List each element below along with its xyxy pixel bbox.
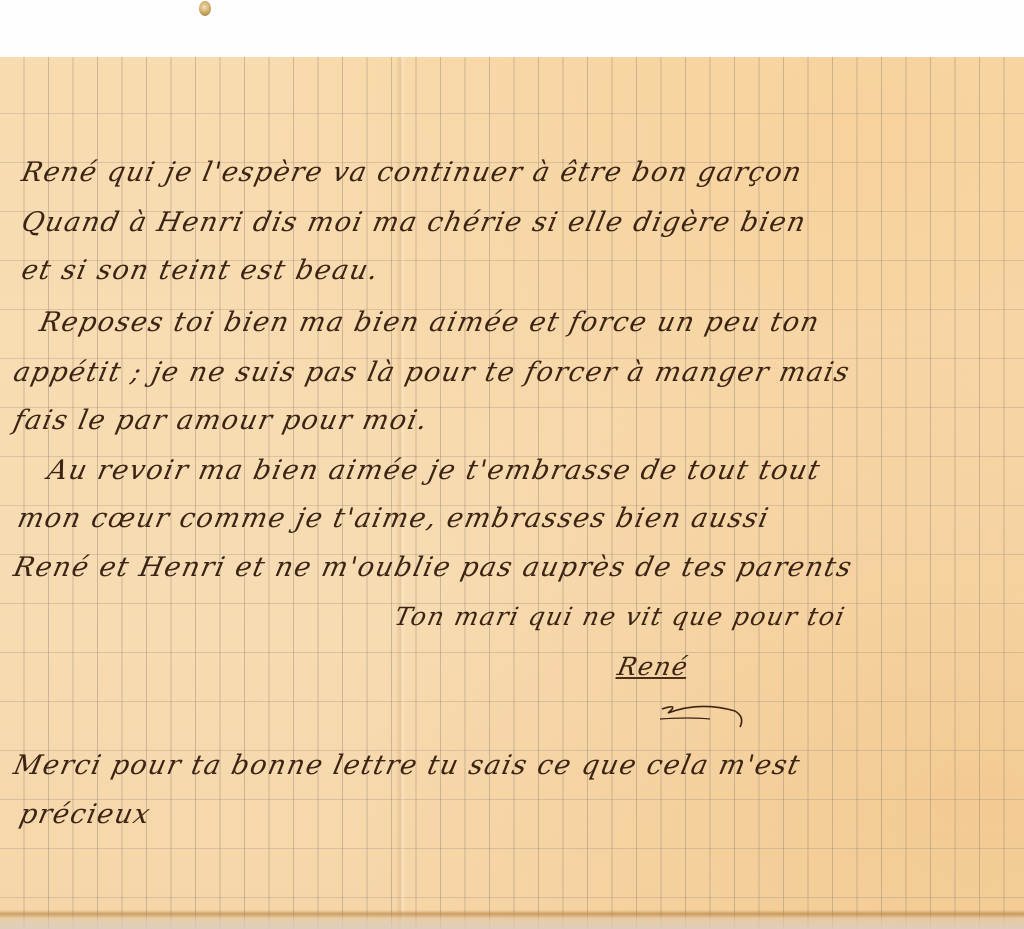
paper-bottom-edge xyxy=(0,910,1024,929)
letter-line-9: René et Henri et ne m'oublie pas auprès … xyxy=(11,552,856,583)
letter-line-7: Au revoir ma bien aimée je t'embrasse de… xyxy=(45,455,824,486)
scan-background xyxy=(0,0,1024,57)
brass-fastener-icon xyxy=(199,1,211,16)
letter-page: René qui je l'espère va continuer à être… xyxy=(0,57,1024,929)
letter-line-4: Reposes toi bien ma bien aimée et force … xyxy=(37,307,823,338)
letter-line-8: mon cœur comme je t'aime, embrasses bien… xyxy=(15,503,773,534)
letter-line-6: fais le par amour pour moi. xyxy=(11,405,432,436)
letter-line-2: Quand à Henri dis moi ma chérie si elle … xyxy=(19,207,810,238)
letter-line-3: et si son teint est beau. xyxy=(19,255,383,286)
letter-line-5: appétit ; je ne suis pas là pour te forc… xyxy=(11,357,853,388)
letter-signature: René xyxy=(615,652,692,681)
postscript-line-2: précieux xyxy=(17,799,154,830)
letter-line-1: René qui je l'espère va continuer à être… xyxy=(19,157,806,188)
letter-closing: Ton mari qui ne vit que pour toi xyxy=(392,602,849,631)
postscript-line-1: Merci pour ta bonne lettre tu sais ce qu… xyxy=(11,750,804,781)
signature-flourish-icon xyxy=(650,697,750,737)
